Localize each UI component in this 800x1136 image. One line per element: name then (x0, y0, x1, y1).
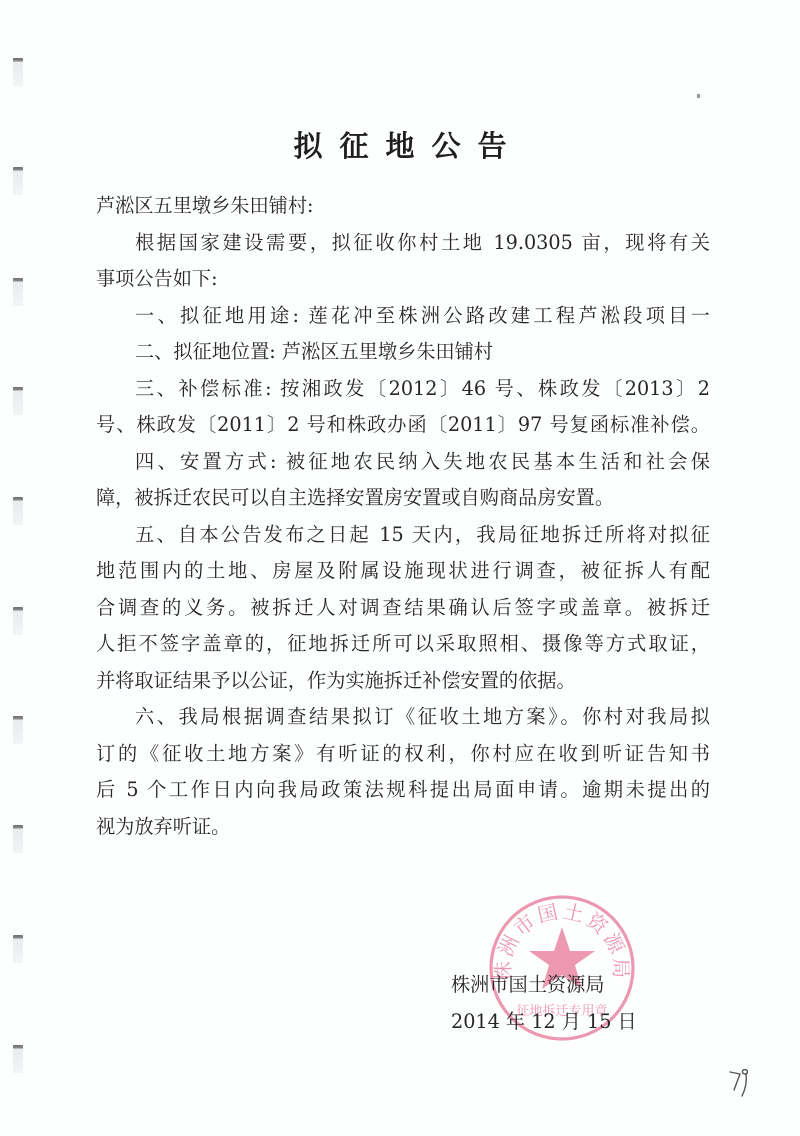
document-text-line: 障，被拆迁农民可以自主选择安置房安置或自购商品房安置。 (96, 480, 710, 517)
binding-hole-mark (13, 716, 23, 744)
paragraph-lines: 根据国家建设需要，拟征收你村土地 19.0305 亩，现将有关事项公告如下:一、… (96, 225, 710, 846)
document-text-line: 六、我局根据调查结果拟订《征收土地方案》。你村对我局拟 (96, 699, 710, 736)
document-text-line: 事项公告如下: (96, 261, 710, 298)
document-text-line: 订的《征收土地方案》有听证的权利，你村应在收到听证告知书 (96, 736, 710, 773)
issue-date: 2014 年 12 月 15 日 (451, 1004, 637, 1041)
scan-speck (697, 94, 700, 98)
binding-hole-mark (13, 1045, 23, 1073)
handwritten-page-number: 79 (722, 1060, 762, 1100)
issuer-name: 株洲市国土资源局 (451, 967, 637, 1004)
document-text-line: 合调查的义务。被拆迁人对调查结果确认后签字或盖章。被拆迁 (96, 590, 710, 627)
document-text-line: 根据国家建设需要，拟征收你村土地 19.0305 亩，现将有关 (96, 225, 710, 262)
document-text-line: 号、株政发〔2011〕2 号和株政办函〔2011〕97 号复函标准补偿。 (96, 407, 710, 444)
addressee-line: 芦淞区五里墩乡朱田铺村: (96, 188, 710, 225)
binding-hole-mark (13, 167, 23, 195)
binding-hole-mark (13, 58, 23, 86)
binding-hole-mark (13, 825, 23, 853)
document-text-line: 三、补偿标准: 按湘政发〔2012〕46 号、株政发〔2013〕2 (96, 371, 710, 408)
document-text-line: 五、自本公告发布之日起 15 天内，我局征地拆迁所将对拟征 (96, 517, 710, 554)
document-text-line: 并将取证结果予以公证，作为实施拆迁补偿安置的依据。 (96, 663, 710, 700)
document-text-line: 二、拟征地位置: 芦淞区五里墩乡朱田铺村 (96, 334, 710, 371)
document-text-line: 视为放弃听证。 (96, 809, 710, 846)
binding-hole-mark (13, 497, 23, 525)
document-body: 芦淞区五里墩乡朱田铺村: 根据国家建设需要，拟征收你村土地 19.0305 亩，… (96, 188, 710, 845)
document-text-line: 人拒不签字盖章的，征地拆迁所可以采取照相、摄像等方式取证， (96, 626, 710, 663)
document-text-line: 四、安置方式: 被征地农民纳入失地农民基本生活和社会保 (96, 444, 710, 481)
document-text-line: 地范围内的土地、房屋及附属设施现状进行调查，被征拆人有配 (96, 553, 710, 590)
binding-hole-mark (13, 935, 23, 963)
document-text-line: 后 5 个工作日内向我局政策法规科提出局面申请。逾期未提出的 (96, 772, 710, 809)
binding-hole-mark (13, 387, 23, 415)
binding-hole-mark (13, 607, 23, 635)
binding-hole-mark (13, 278, 23, 306)
scanned-document-page: 拟征地公告 芦淞区五里墩乡朱田铺村: 根据国家建设需要，拟征收你村土地 19.0… (0, 0, 800, 1136)
document-text-line: 一、拟征地用途: 莲花冲至株洲公路改建工程芦淞段项目一 (96, 298, 710, 335)
document-title: 拟征地公告 (0, 124, 800, 165)
signature-block: 株洲市国土资源局 2014 年 12 月 15 日 (451, 967, 637, 1040)
